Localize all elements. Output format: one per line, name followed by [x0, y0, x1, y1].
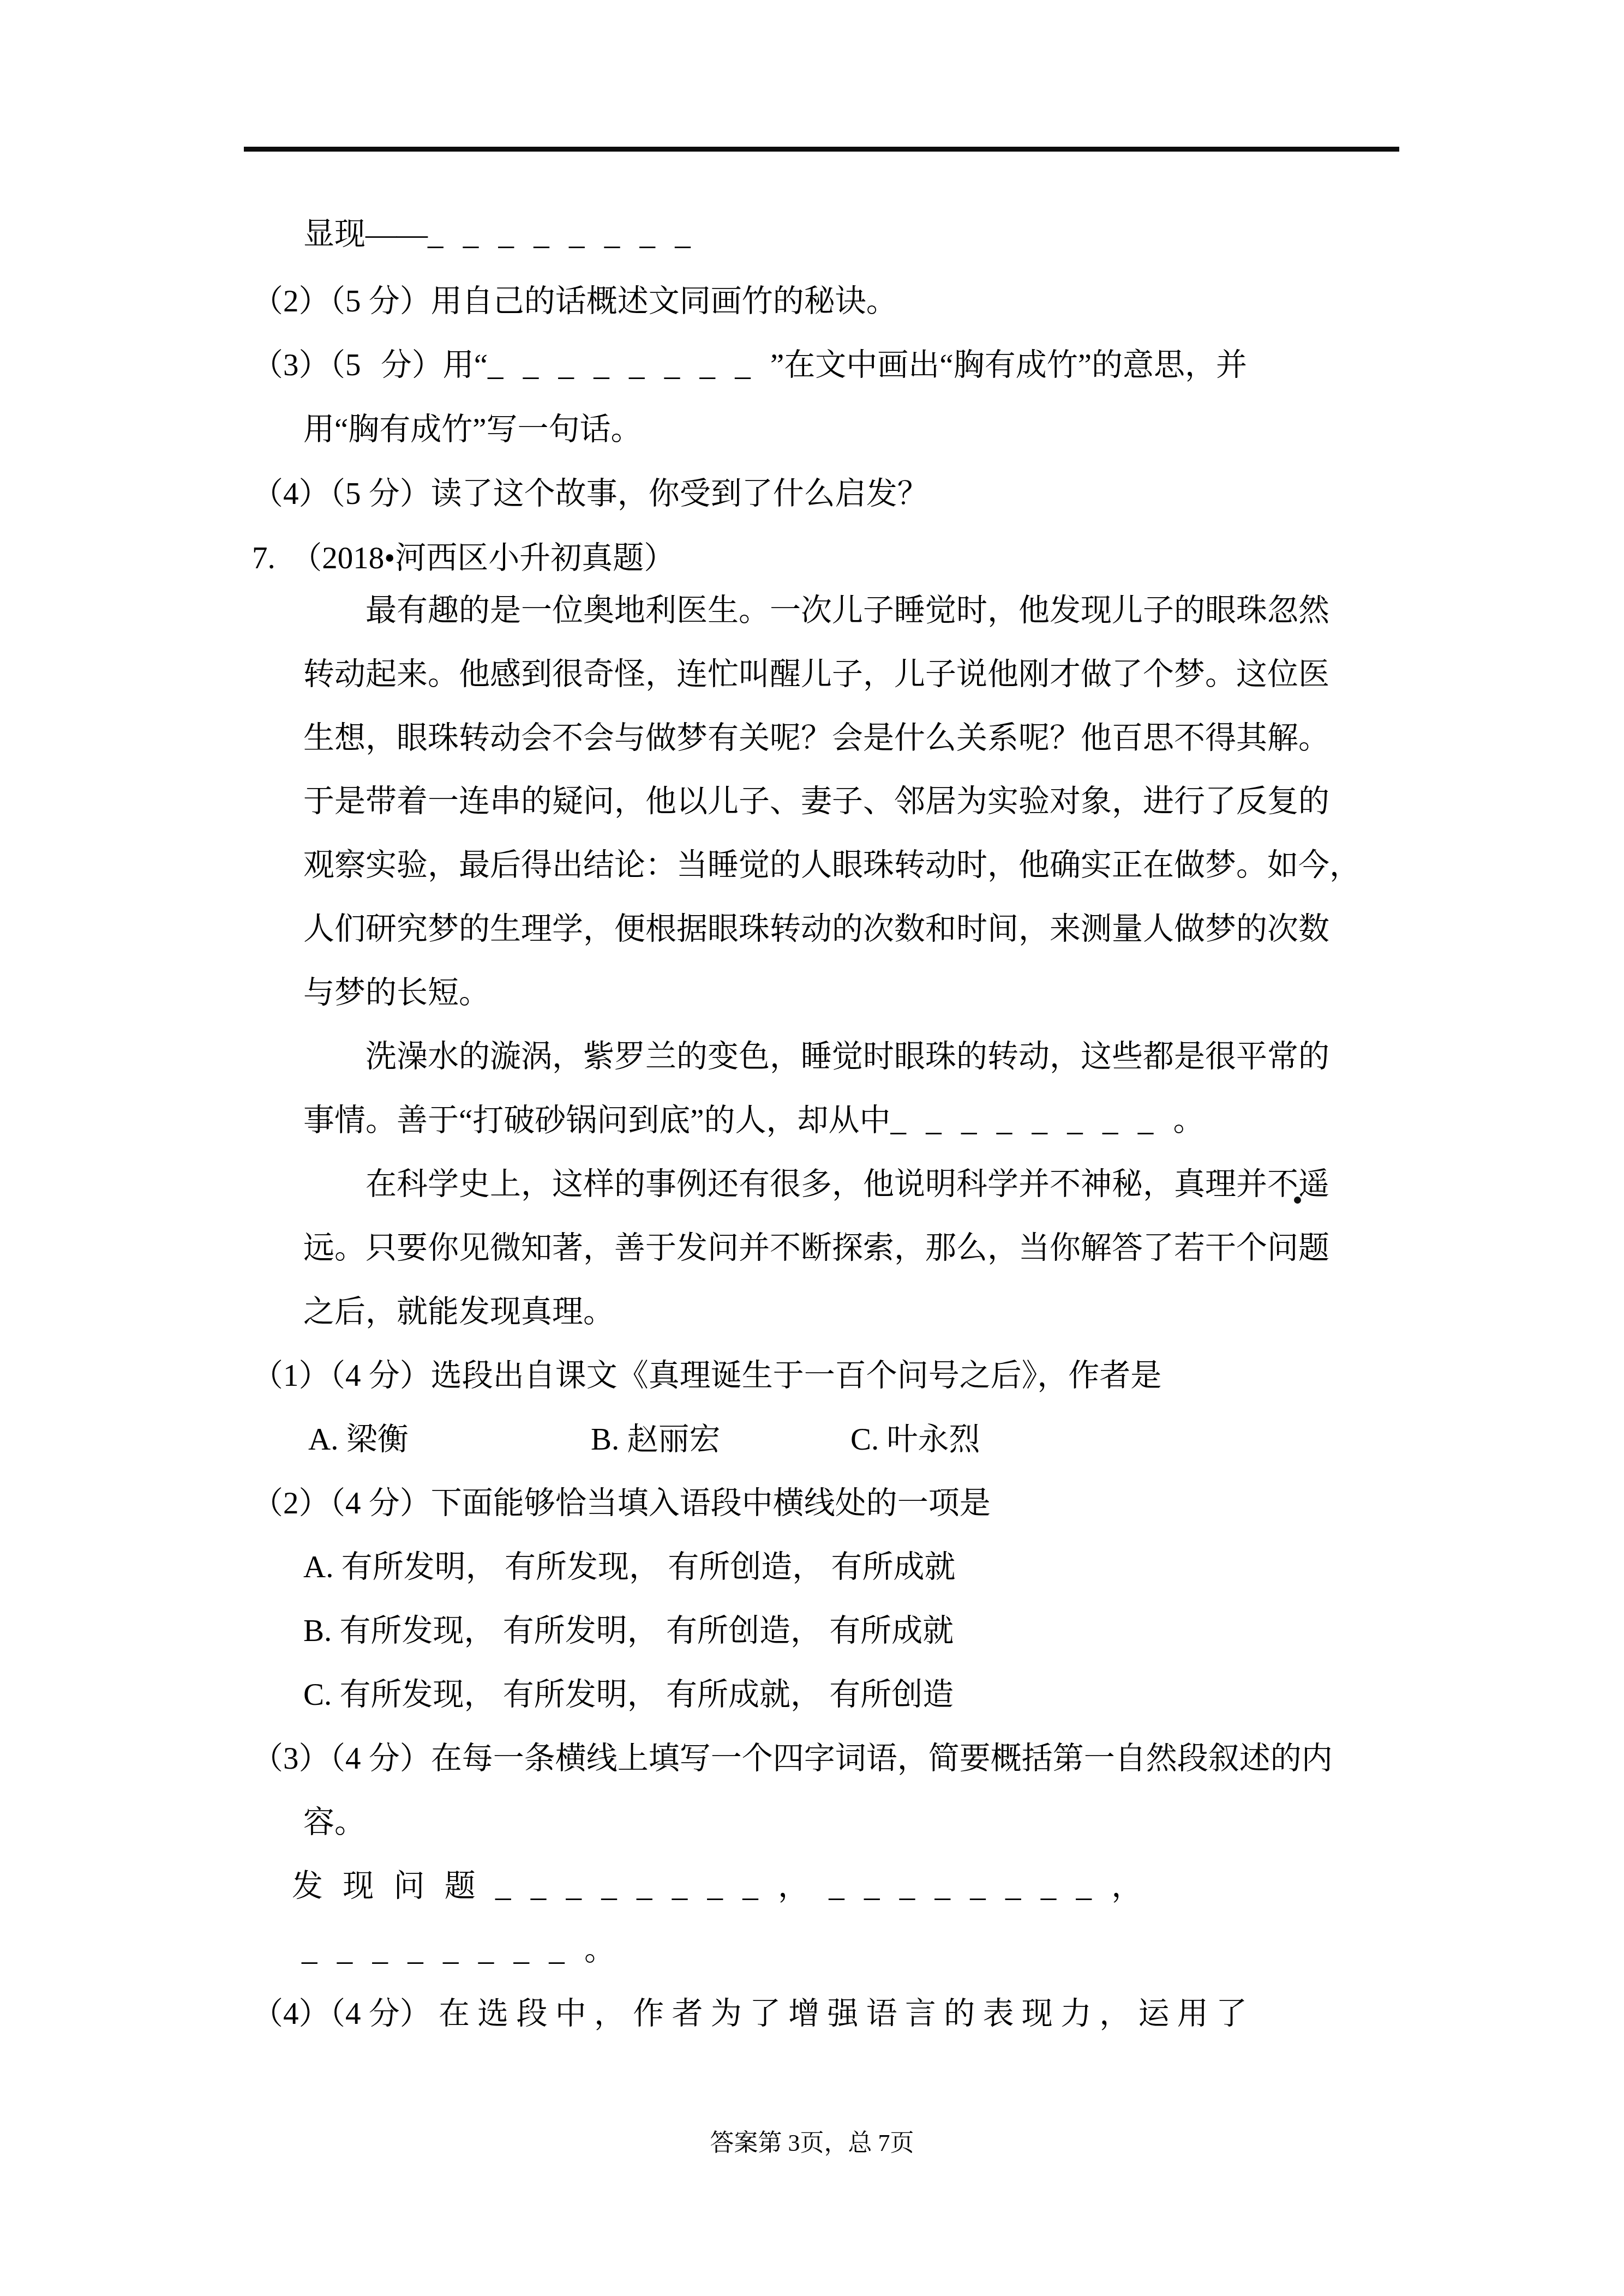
q7-item1-option-c: C. 叶永烈: [850, 1408, 980, 1472]
q7-passage-p1-line3: 生想，眼珠转动会不会与做梦有关呢？会是什么关系呢？他百思不得其解。: [303, 706, 1329, 771]
q6-item-3-line2: 用“胸有成竹”写一句话。: [303, 398, 642, 462]
q7-passage-p3-line1: 在科学史上，这样的事例还有很多，他说明科学并不神秘，真理并不遥: [303, 1152, 1329, 1217]
q7-item-3-fill-line2: _ _ _ _ _ _ _ _ 。: [302, 1918, 615, 1982]
q7-item-3-stem-line2: 容。: [303, 1790, 365, 1855]
q7-item-1-stem: （1）（4 分）选段出自课文《真理诞生于一百个问号之后》，作者是: [252, 1344, 1161, 1408]
q6-sub-blank-line: 显现——_ _ _ _ _ _ _ _: [303, 202, 691, 267]
q6-item-2: （2）（5 分）用自己的话概述文同画竹的秘诀。: [252, 269, 897, 334]
q7-item2-option-b: B. 有所发现， 有所发明， 有所创造， 有所成就: [303, 1599, 954, 1663]
q7-passage-p3-line2: 远。只要你见微知著，善于发问并不断探索，那么，当你解答了若干个问题: [303, 1216, 1329, 1281]
emphasis-dot: [1294, 1197, 1301, 1204]
q6-item-4: （4）（5 分）读了这个故事，你受到了什么启发？: [252, 462, 928, 526]
q7-item1-option-a: A. 梁衡: [308, 1408, 409, 1472]
q7-passage-p1-line4: 于是带着一连串的疑问，他以儿子、妻子、邻居为实验对象，进行了反复的: [303, 770, 1329, 834]
q7-passage-p1-line1: 最有趣的是一位奥地利医生。一次儿子睡觉时，他发现儿子的眼珠忽然: [303, 579, 1329, 643]
q7-item-2-stem: （2）（4 分）下面能够恰当填入语段中横线处的一项是: [252, 1471, 991, 1536]
q7-passage-p1-line6: 人们研究梦的生理学，便根据眼珠转动的次数和时间，来测量人做梦的次数: [303, 897, 1329, 961]
q7-passage-p1-line2: 转动起来。他感到很奇怪，连忙叫醒儿子，儿子说他刚才做了个梦。这位医: [303, 642, 1329, 707]
q7-passage-p1-line7: 与梦的长短。: [303, 961, 490, 1025]
q7-item1-option-b: B. 赵丽宏: [591, 1408, 721, 1472]
exam-answer-page: 显现——_ _ _ _ _ _ _ _ （2）（5 分）用自己的话概述文同画竹的…: [0, 0, 1624, 2296]
header-divider-rule: [244, 147, 1399, 152]
q7-passage-p3-line3: 之后，就能发现真理。: [303, 1280, 614, 1344]
q7-passage-p2-line2: 事情。善于“打破砂锅问到底”的人，却从中_ _ _ _ _ _ _ _ 。: [303, 1089, 1204, 1153]
q7-item-1-options-row: A. 梁衡 B. 赵丽宏 C. 叶永烈: [0, 1408, 1624, 1472]
q7-item2-option-a: A. 有所发明， 有所发现， 有所创造， 有所成就: [303, 1535, 955, 1600]
page-footer: 答案第 3页，总 7页: [0, 2127, 1624, 2160]
q7-item-4-stem: （4）（4 分） 在 选 段 中 ， 作 者 为 了 增 强 语 言 的 表 现…: [252, 1982, 1247, 2046]
q7-passage-p1-line5: 观察实验，最后得出结论：当睡觉的人眼珠转动时，他确实正在做梦。如今，: [303, 833, 1361, 898]
q7-passage-p2-line1: 洗澡水的漩涡，紫罗兰的变色，睡觉时眼珠的转动，这些都是很平常的: [303, 1025, 1329, 1089]
q7-item-3-fill-line1: 发 现 问 题 _ _ _ _ _ _ _ _ ， _ _ _ _ _ _ _ …: [292, 1854, 1142, 1919]
q7-item2-option-c: C. 有所发现， 有所发明， 有所成就， 有所创造: [303, 1663, 954, 1727]
q6-item-3-line1: （3）（5 分）用“_ _ _ _ _ _ _ _ ”在文中画出“胸有成竹”的意…: [252, 333, 1247, 398]
q7-item-3-stem-line1: （3）（4 分）在每一条横线上填写一个四字词语，简要概括第一自然段叙述的内: [252, 1727, 1333, 1791]
